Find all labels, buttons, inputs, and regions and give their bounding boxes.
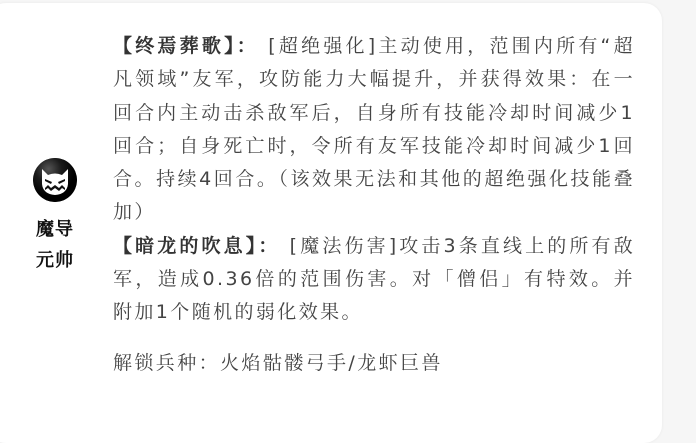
skill-separator: ： [237,35,259,57]
avatar [33,158,77,202]
skill-description: [超绝强化]主动使用，范围内所有“超凡领域”友军，攻防能力大幅提升，并获得效果：… [113,35,635,223]
unlock-label: 解锁兵种： [113,352,220,374]
skill-separator: ： [258,235,280,257]
skill-entry: 【终焉葬歌】： [超绝强化]主动使用，范围内所有“超凡领域”友军，攻防能力大幅提… [113,30,635,230]
character-name: 魔导 元帅 [36,214,74,276]
character-name-line2: 元帅 [36,245,74,276]
character-name-line1: 魔导 [36,214,74,245]
skill-entry: 【暗龙的吹息】： [魔法伤害]攻击3条直线上的所有敌军，造成0.36倍的范围伤害… [113,230,635,330]
skill-title: 【暗龙的吹息】 [113,235,258,257]
character-info: 魔导 元帅 [20,158,90,276]
demon-cat-face-icon [33,158,77,202]
skill-title: 【终焉葬歌】 [113,35,237,57]
skill-description-panel: 【终焉葬歌】： [超绝强化]主动使用，范围内所有“超凡领域”友军，攻防能力大幅提… [113,30,635,380]
unlock-units-list: 火焰骷髅弓手/龙虾巨兽 [220,352,443,374]
unlock-units: 解锁兵种：火焰骷髅弓手/龙虾巨兽 [113,347,635,380]
